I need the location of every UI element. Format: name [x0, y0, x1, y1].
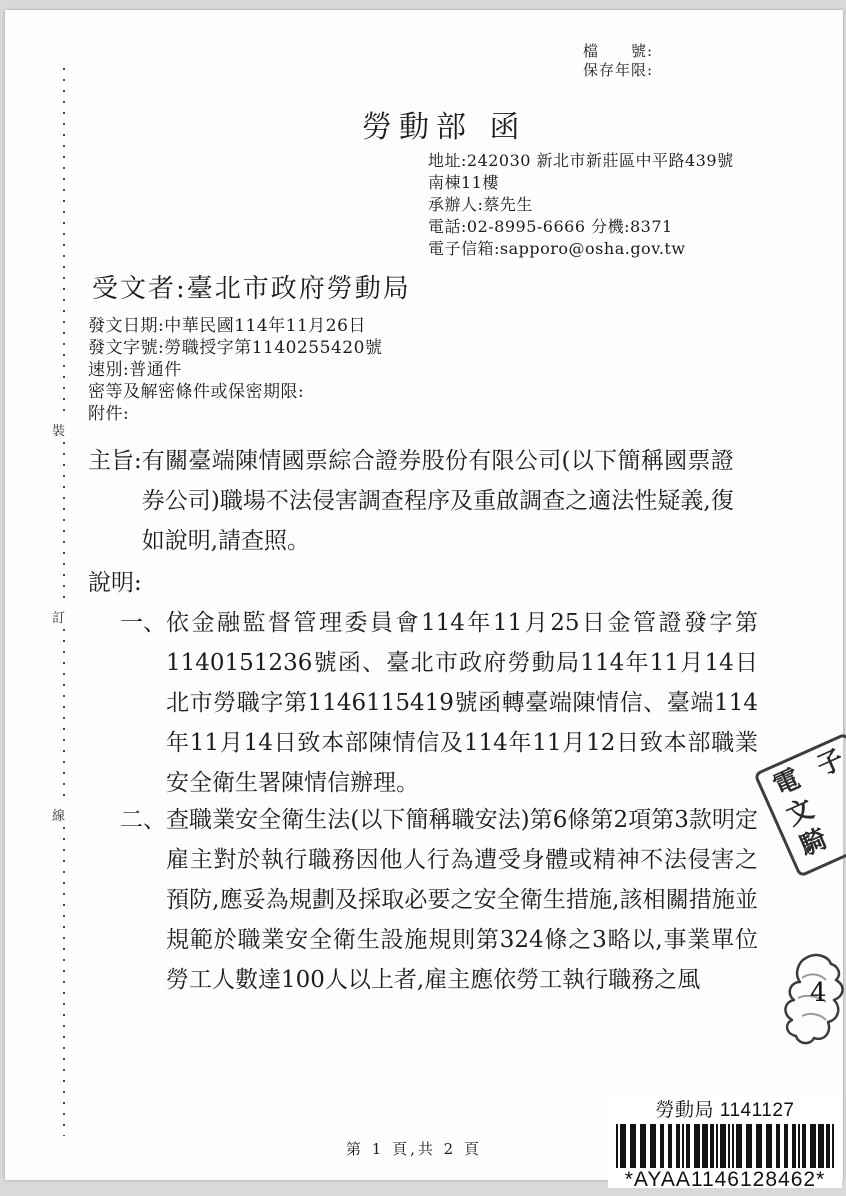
binding-dotted-line [63, 68, 65, 1136]
explanation-label: 說明: [88, 563, 142, 603]
barcode-bars [616, 1124, 834, 1168]
barcode-block: 勞動局 1141127 *AYAA1146128462* [608, 1092, 842, 1188]
document-title: 勞動部 函 [362, 102, 527, 146]
sender-contact-person: 承辦人:蔡先生 [428, 194, 734, 216]
security-class: 密等及解密條件或保密期限: [88, 381, 382, 403]
sender-phone: 電話:02-8995-6666 分機:8371 [428, 216, 734, 238]
subject-label: 主旨: [88, 441, 142, 561]
file-number-label: 檔 號: [583, 42, 653, 61]
speed-class: 速別:普通件 [88, 359, 382, 381]
retention-period-label: 保存年限: [583, 61, 653, 80]
stamp-char-4: 騎 [793, 819, 832, 863]
explanation-item-2: 二、 查職業安全衛生法(以下簡稱職安法)第6條第2項第3款明定雇主對於執行職務因… [120, 800, 758, 1000]
subject-paragraph: 主旨: 有關臺端陳情國票綜合證券股份有限公司(以下簡稱國票證券公司)職場不法侵害… [88, 441, 734, 561]
scan-background: 檔 號: 保存年限: 勞動部 函 地址:242030 新北市新莊區中平路439號… [0, 0, 846, 1196]
dispatch-number: 發文字號:勞職授字第1140255420號 [88, 337, 382, 359]
barcode-code-text: *AYAA1146128462* [608, 1168, 842, 1192]
dispatch-meta: 發文日期:中華民國114年11月26日 發文字號:勞職授字第1140255420… [88, 315, 382, 425]
item-1-number: 一、 [120, 603, 166, 803]
item-1-text: 依金融監督管理委員會114年11月25日金管證發字第1140151236號函、臺… [166, 603, 758, 803]
binding-mark-ding: 訂 [52, 605, 65, 628]
sender-address-line1: 地址:242030 新北市新莊區中平路439號 [428, 150, 734, 172]
page-overlay-number: 4 [810, 978, 827, 1008]
sender-address-line2: 南棟11樓 [428, 172, 734, 194]
dispatch-date: 發文日期:中華民國114年11月26日 [88, 315, 382, 337]
stamp-char-2: 子 [810, 739, 846, 783]
binding-mark-zhuang: 裝 [52, 418, 65, 441]
barcode-label: 勞動局 1141127 [608, 1095, 842, 1122]
binding-mark-xian: 線 [52, 803, 65, 826]
recipient-line: 受文者:臺北市政府勞動局 [92, 268, 411, 305]
item-2-text: 查職業安全衛生法(以下簡稱職安法)第6條第2項第3款明定雇主對於執行職務因他人行… [166, 800, 758, 1000]
attachment-label: 附件: [88, 403, 382, 425]
seal-mark: 4 [776, 950, 846, 1060]
subject-text: 有關臺端陳情國票綜合證券股份有限公司(以下簡稱國票證券公司)職場不法侵害調查程序… [142, 441, 734, 561]
explanation-item-1: 一、 依金融監督管理委員會114年11月25日金管證發字第1140151236號… [120, 603, 758, 803]
file-header: 檔 號: 保存年限: [583, 42, 653, 80]
item-2-number: 二、 [120, 800, 166, 1000]
sender-email: 電子信箱:sapporo@osha.gov.tw [428, 238, 734, 260]
footer-page-indicator: 第 1 頁,共 2 頁 [346, 1138, 482, 1159]
sender-info: 地址:242030 新北市新莊區中平路439號 南棟11樓 承辦人:蔡先生 電話… [428, 150, 734, 260]
